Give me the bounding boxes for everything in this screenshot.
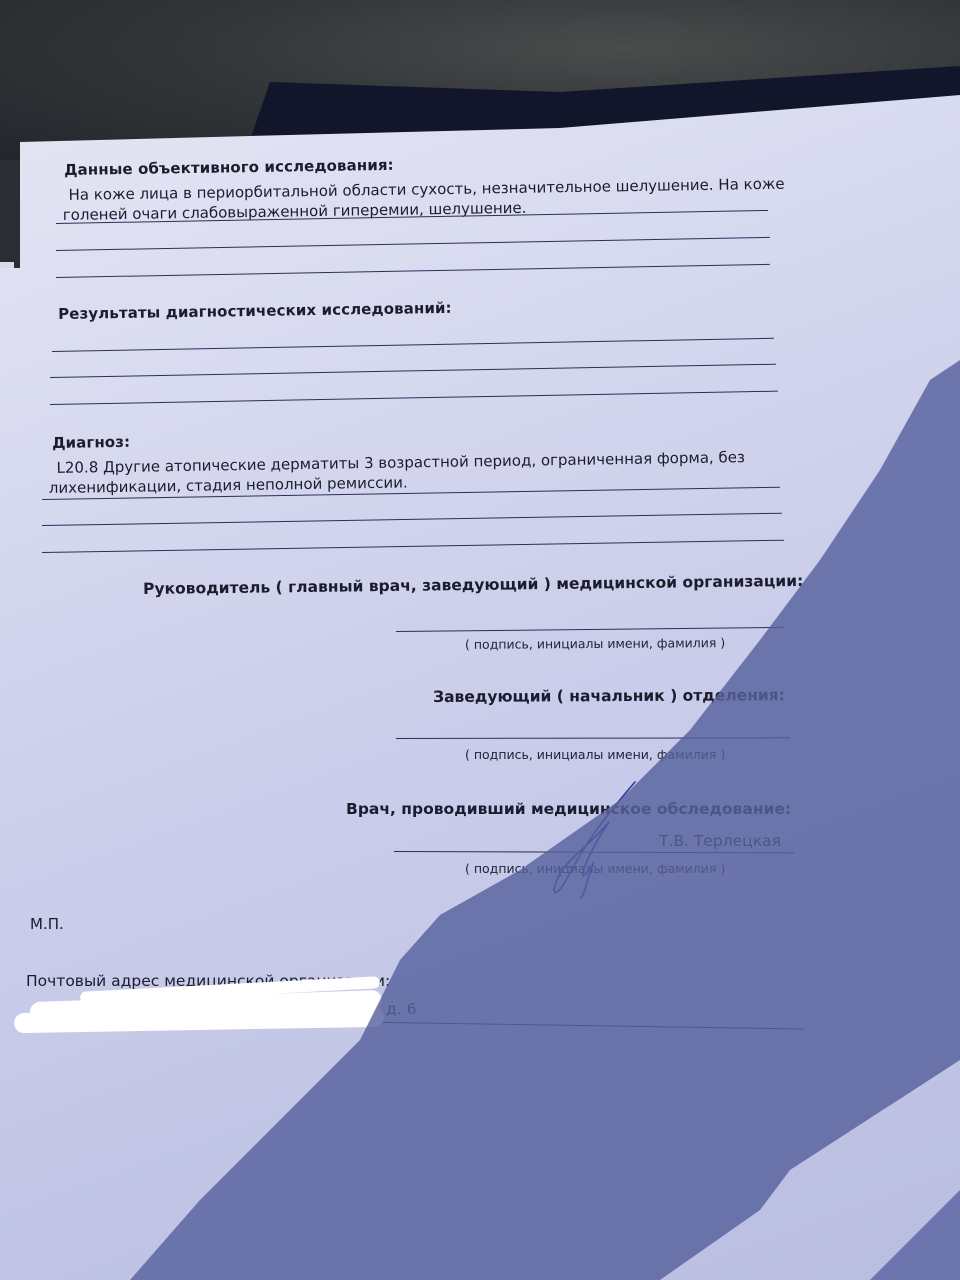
- diagnostics-rule-2: [50, 364, 776, 378]
- diagnosis-rule-3: [42, 540, 784, 553]
- objective-exam-section: Данные объективного исследования: На кож…: [64, 150, 785, 225]
- diagnostics-section: Результаты диагностических исследований:: [58, 299, 452, 323]
- stamp-place-label: М.П.: [30, 914, 64, 934]
- diagnostics-heading: Результаты диагностических исследований:: [58, 299, 452, 323]
- diagnostics-rule-1: [52, 338, 774, 352]
- head-of-organization-caption: ( подпись, инициалы имени, фамилия ): [465, 635, 725, 652]
- head-of-organization-label: Руководитель ( главный врач, заведующий …: [143, 572, 803, 598]
- diagnosis-rule-2: [42, 513, 782, 526]
- diagnosis-heading: Диагноз:: [52, 423, 745, 452]
- diagnosis-section: Диагноз: L20.8 Другие атопические дермат…: [52, 423, 745, 498]
- head-of-organization-signature-line: [396, 627, 784, 632]
- diagnostics-rule-3: [50, 391, 778, 405]
- objective-exam-rule-3: [56, 264, 770, 278]
- objective-exam-rule-2: [56, 237, 770, 251]
